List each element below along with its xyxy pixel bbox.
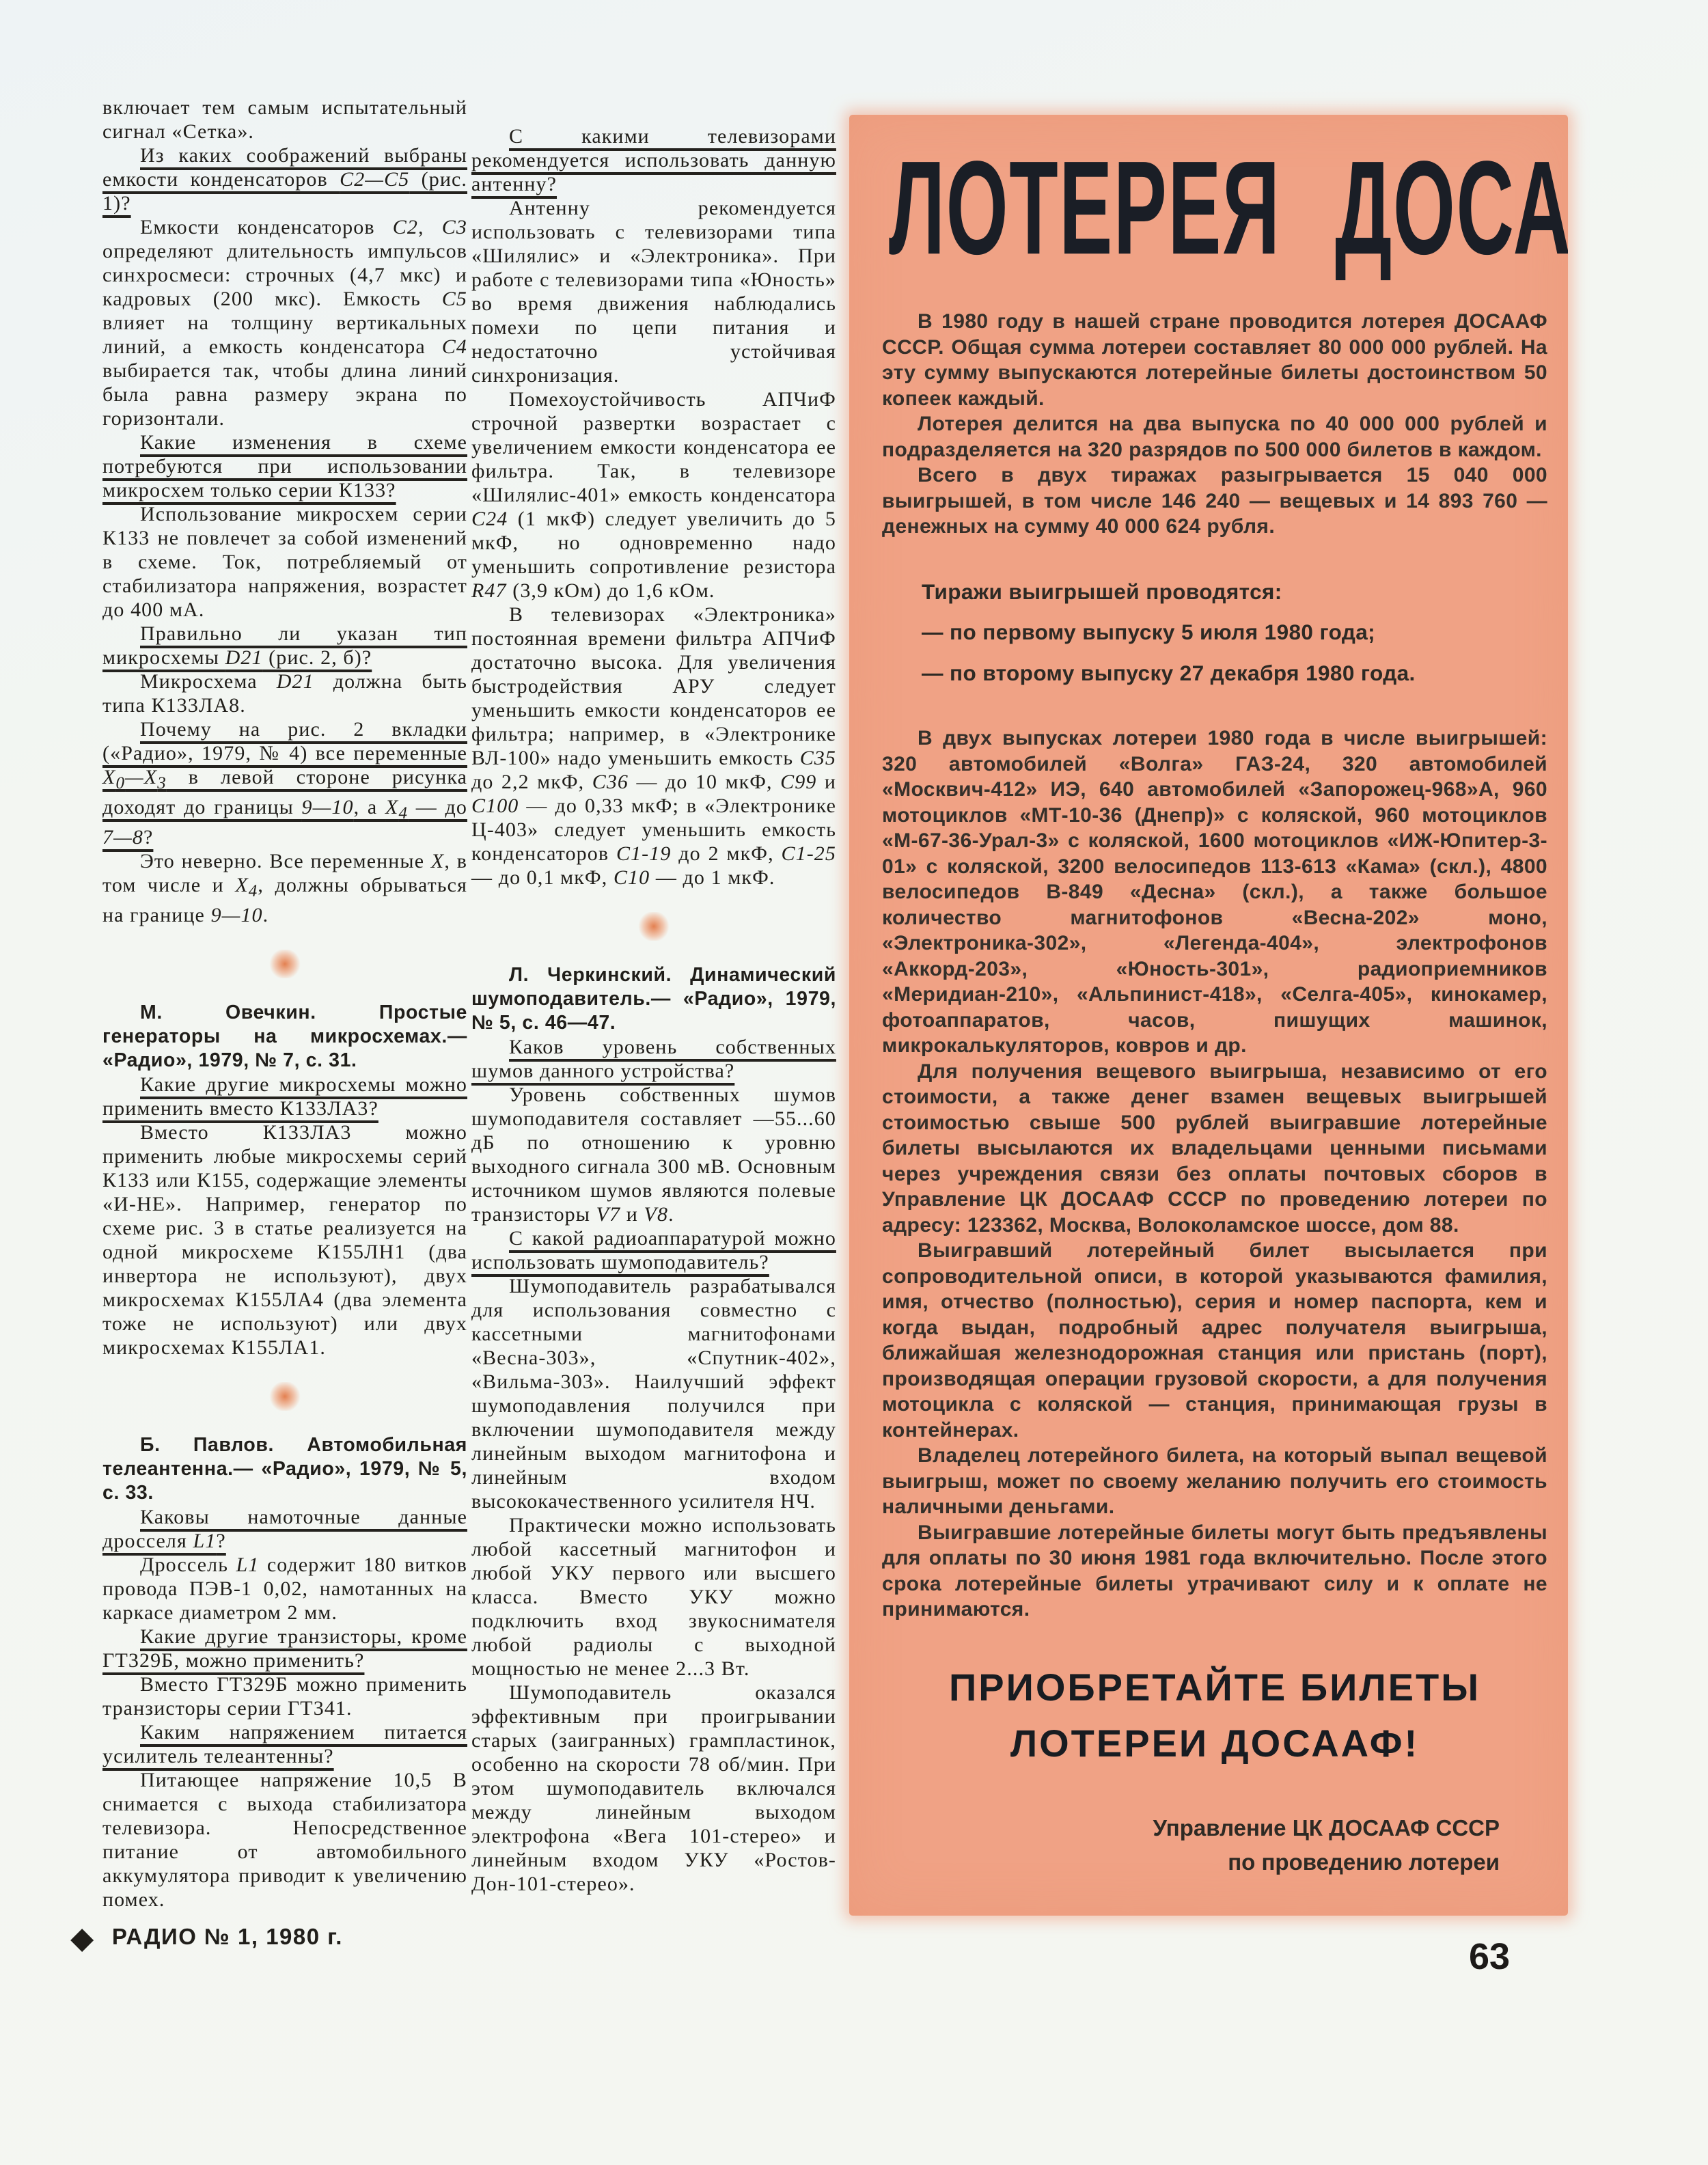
ad-paragraph: В 1980 году в нашей стране проводится ло… [882, 309, 1547, 411]
ad-paragraph: Всего в двух тиражах разыгрывается 15 04… [882, 463, 1547, 540]
ad-paragraph: Выигравшие лотерейные билеты могут быть … [882, 1520, 1547, 1623]
question: Каковы намоточные данные дросселя L1? [102, 1505, 467, 1553]
ad-signoff-line-1: Управление ЦК ДОСААФ СССР [882, 1811, 1500, 1845]
question: Какие другие микросхемы можно применить … [102, 1073, 467, 1120]
answer: Шумоподавитель разрабатывался для исполь… [471, 1274, 836, 1513]
footer-label: РАДИО № 1, 1980 г. [112, 1924, 343, 1949]
column-left: включает тем самым испытательный сигнал … [102, 96, 467, 1912]
question: Каков уровень собственных шумов данного … [471, 1035, 836, 1083]
answer: Использование микросхем серии К133 не по… [102, 502, 467, 622]
answer: Микросхема D21 должна быть типа К133ЛА8. [102, 670, 467, 717]
question: Какие другие транзисторы, кроме ГТ329Б, … [102, 1625, 467, 1672]
question: Из каких соображений выбраны емкости кон… [102, 143, 467, 215]
ad-signoff-line-2: по проведению лотереи [882, 1845, 1500, 1879]
answer: Уровень собственных шумов шумоподавителя… [471, 1083, 836, 1226]
article-reference: М. Овечкин. Простые генераторы на микрос… [102, 1001, 467, 1073]
question: Каким напряжением питается усилитель тел… [102, 1720, 467, 1768]
answer: Вместо К133ЛА3 можно применить любые мик… [102, 1120, 467, 1360]
ad-title-text: ЛОТЕРЕЯ ДОСААФ [889, 131, 1568, 285]
article-reference: Л. Черкинский. Динамический шумоподавите… [471, 963, 836, 1035]
answer: Вместо ГТ329Б можно применить транзистор… [102, 1672, 467, 1720]
answer: Антенну рекомендуется использовать с тел… [471, 196, 836, 387]
ad-paragraph: Выигравший лотерейный билет высылается п… [882, 1238, 1547, 1443]
answer: Это неверно. Все переменные X, в том чис… [102, 849, 467, 927]
column-middle: С какими телевизорами рекомендуется испо… [471, 124, 836, 1896]
magazine-page: включает тем самым испытательный сигнал … [0, 0, 1708, 2165]
separator-dot-icon [102, 950, 467, 978]
ad-signoff: Управление ЦК ДОСААФ СССР по проведению … [882, 1811, 1547, 1879]
question: Почему на рис. 2 вкладки («Радио», 1979,… [102, 717, 467, 849]
draw-schedule-line: — по второму выпуску 27 декабря 1980 год… [882, 661, 1547, 687]
draw-schedule-line: Тиражи выигрышей проводятся: [882, 579, 1547, 605]
draw-schedule-line: — по первому выпуску 5 июля 1980 года; [882, 620, 1547, 646]
ad-slogan: ПРИОБРЕТАЙТЕ БИЛЕТЫ ЛОТЕРЕИ ДОСААФ! [882, 1659, 1547, 1771]
ad-paragraph: Владелец лотерейного билета, на который … [882, 1443, 1547, 1520]
article-reference: Б. Павлов. Автомобильная телеантенна.— «… [102, 1433, 467, 1505]
ad-slogan-line-1: ПРИОБРЕТАЙТЕ БИЛЕТЫ [882, 1659, 1547, 1715]
answer: Помехоустойчивость АПЧиФ строчной развер… [471, 387, 836, 603]
footer: ◆РАДИО № 1, 1980 г. [71, 1921, 343, 1955]
continuation-text: включает тем самым испытательный сигнал … [102, 96, 467, 143]
page-number: 63 [1469, 1935, 1510, 1978]
separator-dot-icon [102, 1382, 467, 1411]
ad-paragraph: Для получения вещевого выигрыша, независ… [882, 1059, 1547, 1239]
ad-title: ЛОТЕРЕЯ ДОСААФ [889, 143, 1547, 286]
separator-dot-icon [471, 912, 836, 941]
ad-paragraph: Лотерея делится на два выпуска по 40 000… [882, 411, 1547, 463]
ad-slogan-line-2: ЛОТЕРЕИ ДОСААФ! [882, 1715, 1547, 1771]
question: Какие изменения в схеме потребуются при … [102, 430, 467, 502]
ad-paragraph: В двух выпусках лотереи 1980 года в числ… [882, 726, 1547, 1059]
answer: Практически можно использовать любой кас… [471, 1513, 836, 1681]
lottery-ad-box: ЛОТЕРЕЯ ДОСААФ В 1980 году в нашей стран… [849, 115, 1568, 1916]
answer: Питающее напряжение 10,5 В снимается с в… [102, 1768, 467, 1912]
question: С какими телевизорами рекомендуется испо… [471, 124, 836, 196]
ad-body: В 1980 году в нашей стране проводится ло… [882, 309, 1547, 1623]
answer: Емкости конденсаторов С2, С3 определяют … [102, 215, 467, 430]
diamond-icon: ◆ [71, 1922, 94, 1954]
answer: В телевизорах «Электроника» постоянная в… [471, 603, 836, 890]
answer: Дроссель L1 содержит 180 витков провода … [102, 1553, 467, 1625]
question: Правильно ли указан тип микросхемы D21 (… [102, 622, 467, 670]
question: С какой радиоаппаратурой можно использов… [471, 1226, 836, 1274]
answer: Шумоподавитель оказался эффективным при … [471, 1681, 836, 1896]
